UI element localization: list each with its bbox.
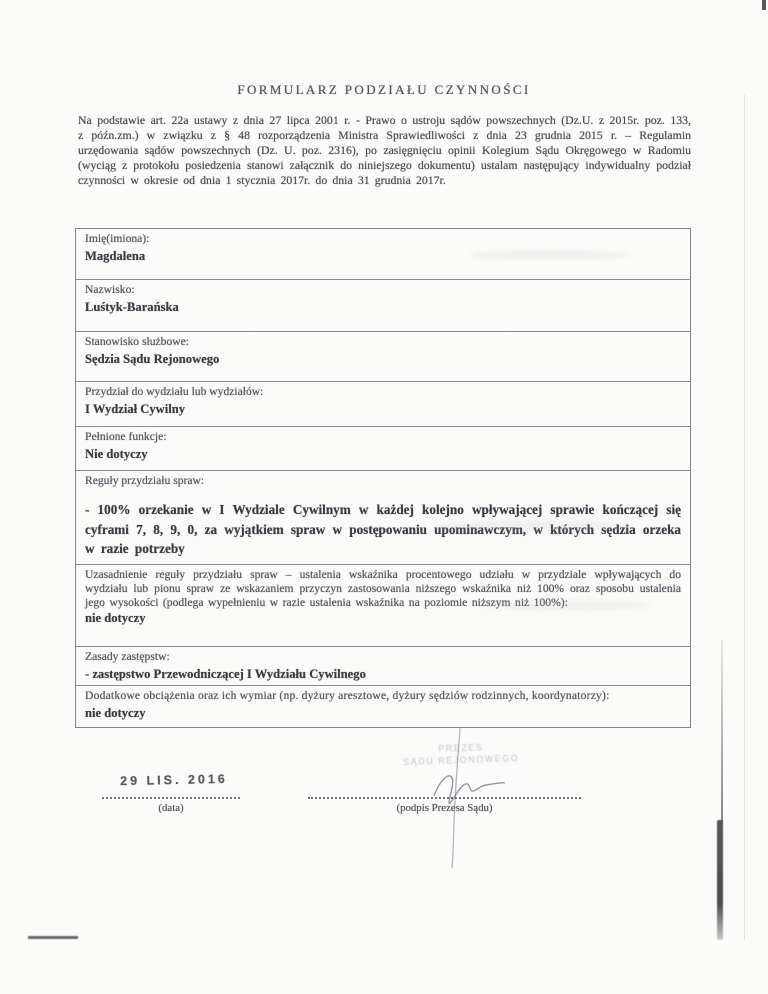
field-value: I Wydział Cywilny <box>85 401 681 417</box>
signature-dotted-line <box>308 797 581 799</box>
scan-artifact-page-edge <box>744 95 745 940</box>
scan-artifact-vertical-line-thick <box>717 820 723 940</box>
field-row-position: Stanowisko służbowe: Sędzia Sądu Rejonow… <box>76 331 690 381</box>
scan-artifact-bottom-dash <box>28 936 78 939</box>
field-label: Imię(imiona): <box>85 232 681 246</box>
field-value: Luśtyk-Barańska <box>85 299 681 315</box>
date-label: (data) <box>102 802 240 814</box>
intro-paragraph: Na podstawie art. 22a ustawy z dnia 27 l… <box>78 113 691 188</box>
field-row-functions: Pełnione funkcje: Nie dotyczy <box>76 426 690 470</box>
field-row-case-assignment-rules: Reguły przydziału spraw: - 100% orzekani… <box>76 470 690 564</box>
field-label: Nazwisko: <box>85 283 681 297</box>
scanned-form-page: FORMULARZ PODZIAŁU CZYNNOŚCI Na podstawi… <box>0 0 768 994</box>
scan-smudge <box>470 250 630 260</box>
scan-smudge <box>430 520 630 532</box>
field-label: Zasady zastępstw: <box>85 650 681 664</box>
scan-artifact-top-speck <box>762 0 766 10</box>
scan-smudge <box>480 600 650 610</box>
date-stamp: 29 LIS. 2016 <box>104 772 244 789</box>
document-title: FORMULARZ PODZIAŁU CZYNNOŚCI <box>0 82 768 98</box>
field-value: nie dotyczy <box>85 705 681 721</box>
scan-artifact-vertical-line-thin <box>721 640 723 822</box>
field-row-substitution-rules: Zasady zastępstw: - zastępstwo Przewodni… <box>76 646 690 685</box>
field-row-division: Przydział do wydziału lub wydziałów: I W… <box>76 381 690 426</box>
field-value: Sędzia Sądu Rejonowego <box>85 351 681 367</box>
signature-label: (podpis Prezesa Sądu) <box>308 802 581 814</box>
field-value: - zastępstwo Przewodniczącej I Wydziału … <box>85 666 681 682</box>
field-label: Pełnione funkcje: <box>85 430 681 444</box>
field-row-additional-duties: Dodatkowe obciążenia oraz ich wymiar (np… <box>76 685 690 727</box>
field-row-last-name: Nazwisko: Luśtyk-Barańska <box>76 279 690 331</box>
form-table: Imię(imiona): Magdalena Nazwisko: Luśtyk… <box>75 228 691 728</box>
field-label: Stanowisko służbowe: <box>85 335 681 349</box>
date-dotted-line <box>102 797 240 799</box>
field-label: Przydział do wydziału lub wydziałów: <box>85 385 681 399</box>
field-label: Dodatkowe obciążenia oraz ich wymiar (np… <box>85 689 681 703</box>
field-value: Nie dotyczy <box>85 446 681 462</box>
field-label: Reguły przydziału spraw: <box>85 474 681 488</box>
field-value: nie dotyczy <box>85 610 681 626</box>
